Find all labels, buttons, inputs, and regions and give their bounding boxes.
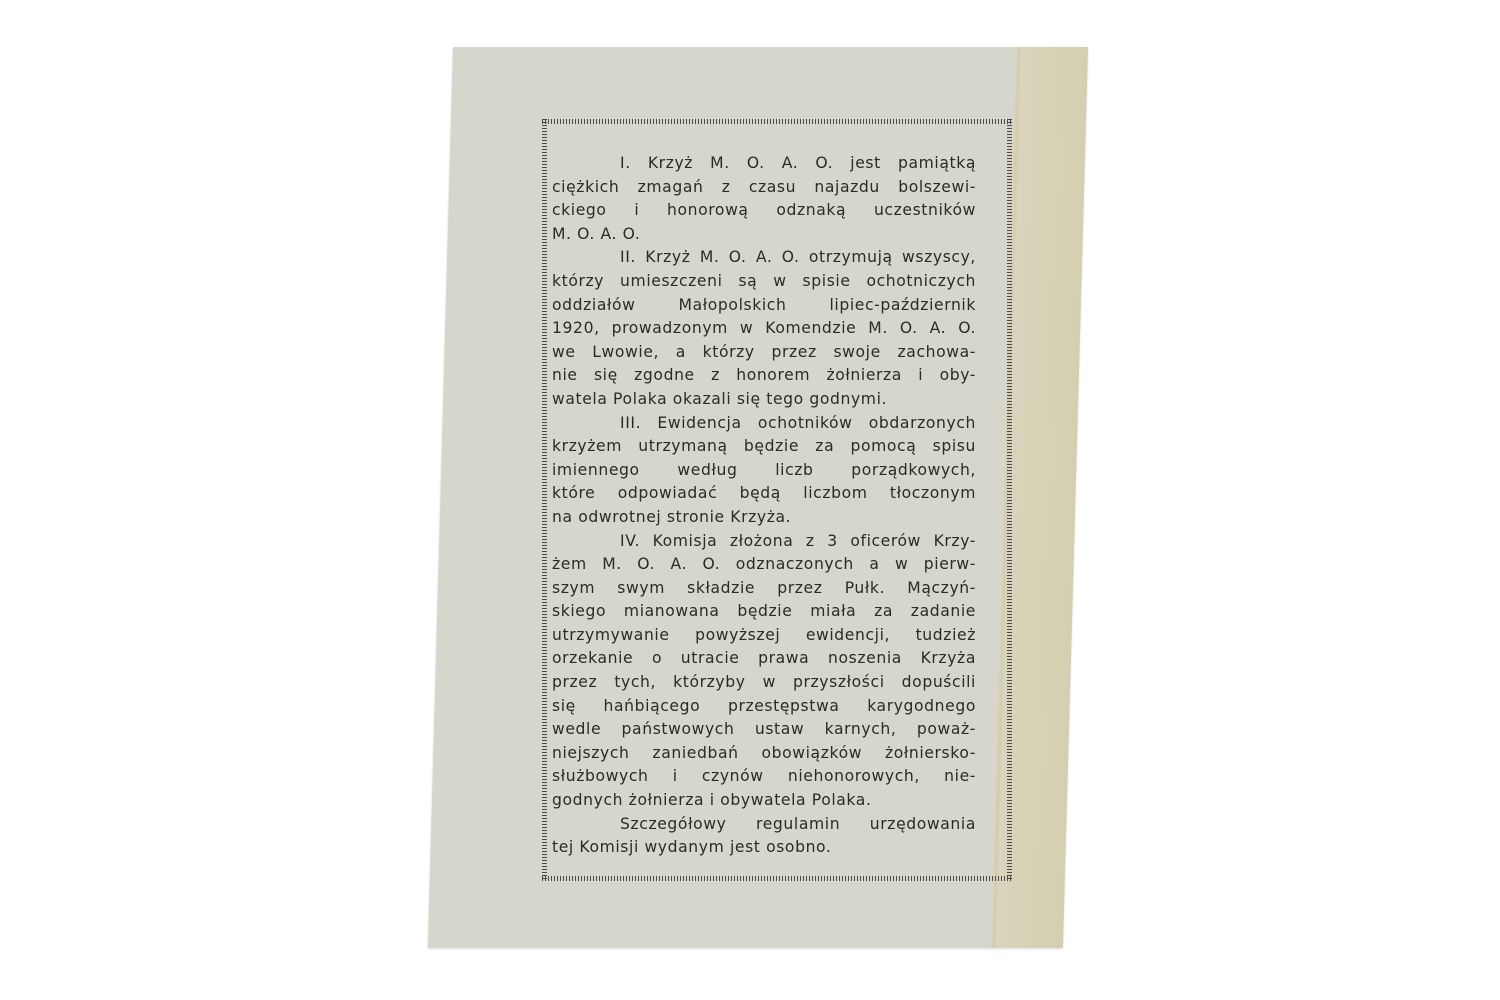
text-line: niejszych zaniedbań obowiązków żołniersk… [552,742,976,766]
text-line: we Lwowie, a którzy przez swoje zachowa- [552,341,976,365]
regulation-text: I. Krzyż M. O. A. O. jest pamiątkąciężki… [552,152,976,860]
paragraph-2: II. Krzyż M. O. A. O. otrzymują wszyscy,… [552,246,976,411]
text-line: wedle państwowych ustaw karnych, poważ- [552,718,976,742]
text-line: ckiego i honorową odznaką uczestników [552,199,976,223]
paragraph-3: III. Ewidencja ochotników obdarzonychkrz… [552,412,976,530]
text-line: watela Polaka okazali się tego godnymi. [552,388,976,412]
text-line: IV. Komisja złożona z 3 oficerów Krzy- [552,530,976,554]
text-line: żem M. O. A. O. odznaczonych a w pierw- [552,553,976,577]
paragraph-5: Szczegółowy regulamin urzędowaniatej Kom… [552,813,976,860]
frame-top-border [542,119,1012,124]
text-line: oddziałów Małopolskich lipiec-październi… [552,294,976,318]
text-line: skiego mianowana będzie miała za zadanie [552,600,976,624]
text-line: przez tych, którzyby w przyszłości dopuś… [552,671,976,695]
text-line: I. Krzyż M. O. A. O. jest pamiątką [552,152,976,176]
text-line: szym swym składzie przez Pułk. Mączyń- [552,577,976,601]
frame-right-border [1007,119,1012,881]
text-line: nie się zgodne z honorem żołnierza i oby… [552,364,976,388]
text-line: ciężkich zmagań z czasu najazdu bolszewi… [552,176,976,200]
text-line: orzekanie o utracie prawa noszenia Krzyż… [552,647,976,671]
text-line: III. Ewidencja ochotników obdarzonych [552,412,976,436]
text-line: 1920, prowadzonym w Komendzie M. O. A. O… [552,317,976,341]
paragraph-1: I. Krzyż M. O. A. O. jest pamiątkąciężki… [552,152,976,246]
text-line: którzy umieszczeni są w spisie ochotnicz… [552,270,976,294]
text-line: godnych żołnierza i obywatela Polaka. [552,789,976,813]
text-line: tej Komisji wydanym jest osobno. [552,836,976,860]
text-line: się hańbiącego przestępstwa karygodnego [552,695,976,719]
text-line: na odwrotnej stronie Krzyża. [552,506,976,530]
text-line: Szczegółowy regulamin urzędowania [552,813,976,837]
text-line: służbowych i czynów niehonorowych, nie- [552,765,976,789]
text-line: utrzymywanie powyższej ewidencji, tudzie… [552,624,976,648]
text-line: II. Krzyż M. O. A. O. otrzymują wszyscy, [552,246,976,270]
frame-left-border [542,119,547,881]
text-line: które odpowiadać będą liczbom tłoczonym [552,482,976,506]
frame-bottom-border [542,876,1012,881]
text-line: imiennego według liczb porządkowych, [552,459,976,483]
text-line: M. O. A. O. [552,223,976,247]
text-line: krzyżem utrzymaną będzie za pomocą spisu [552,435,976,459]
paragraph-4: IV. Komisja złożona z 3 oficerów Krzy-że… [552,530,976,813]
